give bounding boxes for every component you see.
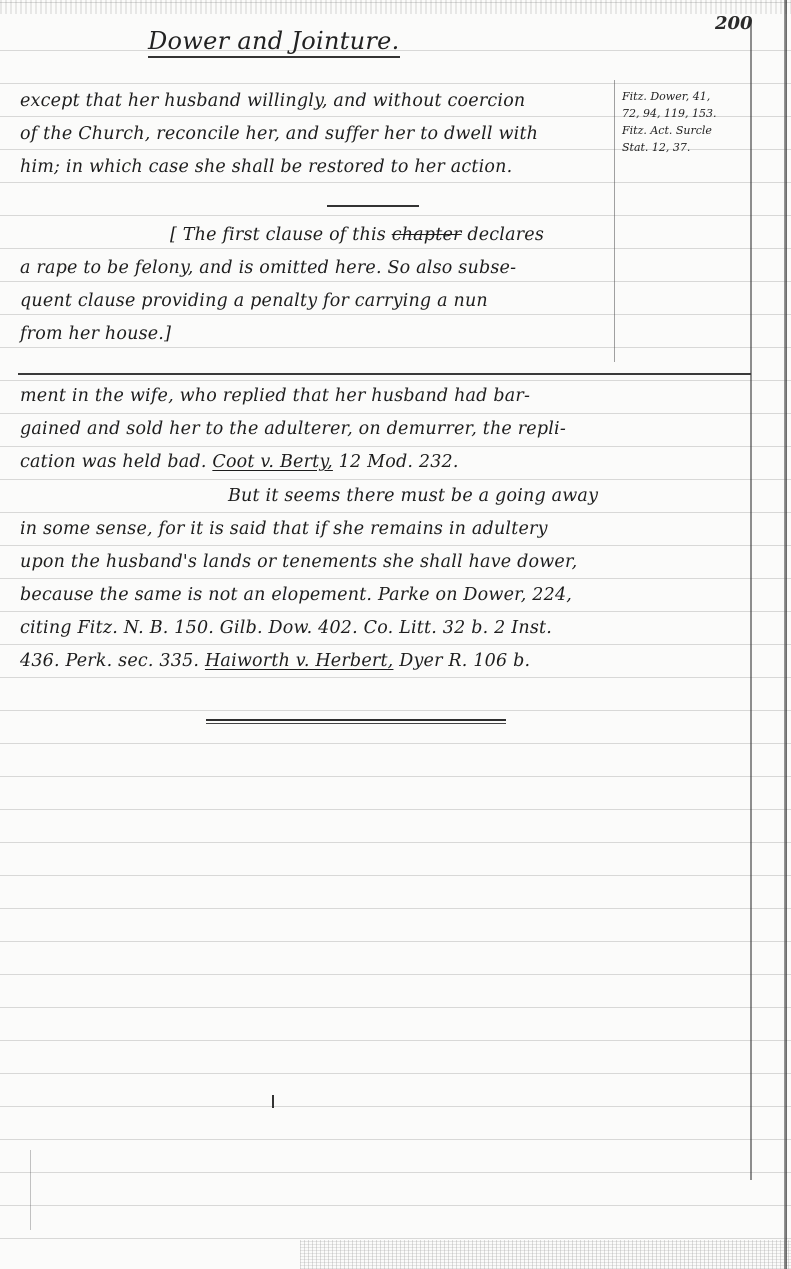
text-fragment: 436. Perk. sec. 335. xyxy=(20,651,199,671)
page-number: 200 xyxy=(715,13,753,34)
case-citation: Coot v. Berty, xyxy=(212,452,333,472)
text-line: 436. Perk. sec. 335. Haiworth v. Herbert… xyxy=(20,651,530,671)
struck-word: chapter xyxy=(392,225,462,245)
bracket-note-line: a rape to be felony, and is omitted here… xyxy=(20,258,516,278)
scan-noise-bottom xyxy=(300,1240,791,1269)
reporter-citation: Dyer R. 106 b. xyxy=(399,651,530,671)
section-divider-short xyxy=(327,205,419,207)
text-line: except that her husband willingly, and w… xyxy=(20,91,525,111)
right-margin-rule xyxy=(750,20,752,1180)
margin-citation-line: 72, 94, 119, 153. xyxy=(622,105,747,122)
reporter-citation: 12 Mod. 232. xyxy=(339,452,459,472)
page-edge xyxy=(784,0,787,1269)
bracket-note-text: [ The first clause of this chapter decla… xyxy=(170,225,544,245)
text-line: of the Church, reconcile her, and suffer… xyxy=(20,124,538,144)
margin-citation-line: Fitz. Act. Surcle xyxy=(622,122,747,139)
end-of-entry-double-rule xyxy=(206,719,506,724)
text-line: citing Fitz. N. B. 150. Gilb. Dow. 402. … xyxy=(20,618,552,638)
text-line: cation was held bad. Coot v. Berty, 12 M… xyxy=(20,452,459,472)
manuscript-page: Dower and Jointure. 200 except that her … xyxy=(0,0,791,1269)
margin-citation-line: Stat. 12, 37. xyxy=(622,139,747,156)
text-line: in some sense, for it is said that if sh… xyxy=(20,519,548,539)
text-line: gained and sold her to the adulterer, on… xyxy=(20,419,566,439)
text-line: But it seems there must be a going away xyxy=(228,486,598,506)
text-line: because the same is not an elopement. Pa… xyxy=(20,585,572,605)
bracket-note-line: [ The first clause of this chapter decla… xyxy=(170,225,544,245)
margin-column-rule xyxy=(614,80,615,362)
scan-noise-top xyxy=(0,0,791,14)
margin-citation: Fitz. Dower, 41, 72, 94, 119, 153. Fitz.… xyxy=(622,88,747,156)
bracket-note-line: quent clause providing a penalty for car… xyxy=(20,291,488,311)
text-line: ment in the wife, who replied that her h… xyxy=(20,386,530,406)
page-heading: Dower and Jointure. xyxy=(148,27,400,58)
bracket-note-line: from her house.] xyxy=(20,324,171,344)
case-citation: Haiworth v. Herbert, xyxy=(205,651,393,671)
text-line: upon the husband's lands or tenements sh… xyxy=(20,552,577,572)
left-margin-mark xyxy=(30,1150,31,1230)
text-fragment: cation was held bad. xyxy=(20,452,207,472)
margin-citation-line: Fitz. Dower, 41, xyxy=(622,88,747,105)
ink-mark xyxy=(272,1095,274,1108)
section-rule xyxy=(18,373,751,375)
text-line: him; in which case she shall be restored… xyxy=(20,157,512,177)
